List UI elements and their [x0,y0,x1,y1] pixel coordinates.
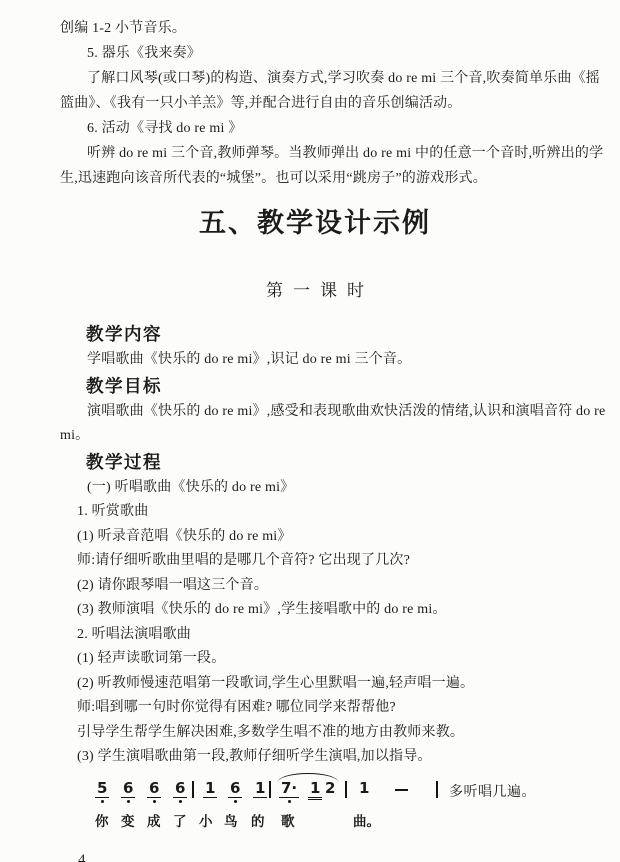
lyric-syllable: 鸟 [224,810,238,830]
page-title: 五、教学设计示例 [60,205,570,241]
text-line: 师:唱到哪一句时你觉得有困难? 哪位同学来帮帮他? [77,696,570,721]
note: 6 [228,780,242,804]
section-heading: 教学内容 [86,321,570,348]
intro-paragraphs: 创编 1-2 小节音乐。5. 器乐《我来奏》了解口风琴(或口琴)的构造、演奏方式… [60,16,570,191]
note: 1 [308,780,322,800]
lesson-subtitle: 第一课时 [60,281,570,301]
document-page: 创编 1-2 小节音乐。5. 器乐《我来奏》了解口风琴(或口琴)的构造、演奏方式… [0,0,620,862]
text-line: 5. 器乐《我来奏》 [87,41,570,66]
text-line: (一) 听唱歌曲《快乐的 do re mi》 [87,476,570,501]
text-line: 生,迅速跑向该音所代表的“城堡”。也可以采用“跳房子”的游戏形式。 [60,166,570,191]
music-notation: 56661617·121多听唱几遍。你变成了小鸟的歌曲。 [95,780,570,836]
barline [269,781,271,798]
text-line: 6. 活动《寻找 do re mi 》 [87,116,570,141]
lesson-sections: 教学内容学唱歌曲《快乐的 do re mi》,识记 do re mi 三个音。教… [60,321,570,770]
text-line: (3) 学生演唱歌曲第一段,教师仔细听学生演唱,加以指导。 [77,745,570,770]
text-line: 演唱歌曲《快乐的 do re mi》,感受和表现歌曲欢快活泼的情绪,认识和演唱音… [87,400,570,425]
text-line: 听辨 do re mi 三个音,教师弹琴。当教师弹出 do re mi 中的任意… [87,141,570,166]
text-line: (1) 轻声读歌词第一段。 [77,647,570,672]
note-dash [395,789,408,792]
text-line: 引导学生帮学生解决困难,多数学生唱不准的地方由教师来教。 [77,721,570,746]
text-line: 学唱歌曲《快乐的 do re mi》,识记 do re mi 三个音。 [87,348,570,373]
text-line: 创编 1-2 小节音乐。 [60,16,570,41]
text-line: 篮曲》、《我有一只小羊羔》等,并配合进行自由的音乐创编活动。 [60,91,570,116]
barline [192,781,194,798]
lyric-syllable: 变 [121,810,135,830]
lyric-syllable: 了 [173,810,187,830]
text-line: 2. 听唱法演唱歌曲 [77,623,570,648]
text-line: 1. 听赏歌曲 [77,500,570,525]
section-heading: 教学目标 [86,373,570,400]
note: 5 [95,780,109,804]
note: 2 [323,780,337,797]
page-number: 4 [78,852,570,862]
text-line: (2) 听教师慢速范唱第一段歌词,学生心里默唱一遍,轻声唱一遍。 [77,672,570,697]
lyric-syllable: 的 [251,810,265,830]
text-line: (3) 教师演唱《快乐的 do re mi》,学生接唱歌中的 do re mi。 [77,598,570,623]
barline [345,781,347,798]
lyric-syllable: 成 [147,810,161,830]
note: 1 [253,780,267,798]
text-line: 了解口风琴(或口琴)的构造、演奏方式,学习吹奏 do re mi 三个音,吹奏简… [87,66,570,91]
note: 6 [173,780,187,804]
text-line: mi。 [60,424,570,449]
lyric-syllable: 曲。 [353,810,380,830]
section-heading: 教学过程 [86,449,570,476]
text-line: (2) 请你跟琴唱一唱这三个音。 [77,574,570,599]
note: 1 [203,780,217,798]
note: 6 [121,780,135,804]
lyric-syllable: 歌 [281,810,295,830]
note: 1 [357,780,371,797]
score-instruction: 多听唱几遍。 [449,781,536,801]
note: 7· [279,780,299,804]
note: 6 [147,780,161,804]
lyric-syllable: 小 [199,810,213,830]
barline [436,781,438,798]
lyric-syllable: 你 [95,810,109,830]
text-line: 师:请仔细听歌曲里唱的是哪几个音符? 它出现了几次? [77,549,570,574]
text-line: (1) 听录音范唱《快乐的 do re mi》 [77,525,570,550]
